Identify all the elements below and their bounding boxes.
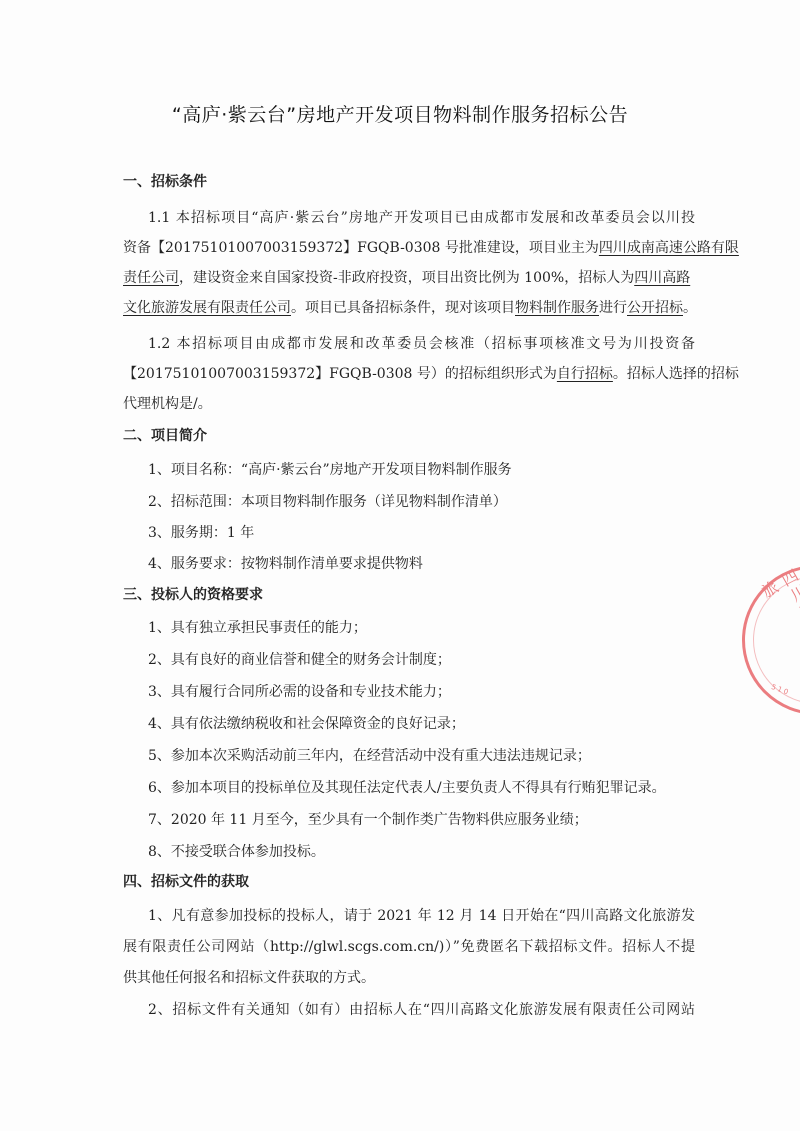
qualification-item-2: 2、具有良好的商业信誉和健全的财务会计制度； xyxy=(148,650,451,670)
underlined-organization-form: 自行招标 xyxy=(557,366,613,382)
text-segment: 。招标人选择的招标 xyxy=(613,366,739,382)
qualification-item-7: 7、2020 年 11 月至今，至少具有一个制作类广告物料供应服务业绩； xyxy=(148,810,588,830)
qualification-item-8: 8、不接受联合体参加投标。 xyxy=(148,842,325,862)
qualification-item-1: 1、具有独立承担民事责任的能力； xyxy=(148,618,367,638)
section-heading-1: 一、招标条件 xyxy=(123,172,207,192)
acquisition-paragraph-1-line-2: 展有限责任公司网站（http://glwl.scgs.com.cn/)）”免费匿… xyxy=(123,937,695,957)
document-title: “高庐·紫云台”房地产开发项目物料制作服务招标公告 xyxy=(0,100,800,127)
paragraph-1-1-line-3: 责任公司，建设资金来自国家投资-非政府投资，项目出资比例为 100%，招标人为四… xyxy=(123,268,695,288)
qualification-item-6: 6、参加本项目的投标单位及其现任法定代表人/主要负责人不得具有行贿犯罪记录。 xyxy=(148,778,666,798)
underlined-service-name: 物料制作服务 xyxy=(515,300,599,316)
project-item-4: 4、服务要求：按物料制作清单要求提供物料 xyxy=(148,554,423,574)
underlined-owner-name: 四川成南高速公路有限 xyxy=(599,240,739,256)
project-item-1: 1、项目名称：“高庐·紫云台”房地产开发项目物料制作服务 xyxy=(148,460,512,480)
document-page: “高庐·紫云台”房地产开发项目物料制作服务招标公告 一、招标条件 1.1 本招标… xyxy=(0,0,800,1131)
underlined-owner-name-cont: 责任公司 xyxy=(123,270,179,286)
underlined-tenderer-name-cont: 文化旅游发展有限责任公司 xyxy=(123,300,291,316)
qualification-item-4: 4、具有依法缴纳税收和社会保障资金的良好记录； xyxy=(148,714,465,734)
text-segment: 。项目已具备招标条件，现对该项目 xyxy=(291,300,515,316)
paragraph-1-2-line-3: 代理机构是/。 xyxy=(123,394,212,414)
section-heading-4: 四、招标文件的获取 xyxy=(123,872,249,892)
qualification-item-3: 3、具有履行合同所必需的设备和专业技术能力； xyxy=(148,682,451,702)
paragraph-1-2-line-1: 1.2 本招标项目由成都市发展和改革委员会核准（招标事项核准文号为川投资备 xyxy=(148,334,695,354)
acquisition-paragraph-1-line-3: 供其他任何报名和招标文件获取的方式。 xyxy=(123,968,375,988)
section-heading-3: 三、投标人的资格要求 xyxy=(123,585,263,605)
paragraph-1-2-line-2: 【20175101007003159372】FGQB-0308 号）的招标组织形… xyxy=(123,364,695,384)
paragraph-1-1-line-1: 1.1 本招标项目“高庐·紫云台”房地产开发项目已由成都市发展和改革委员会以川投 xyxy=(148,208,695,228)
project-item-3: 3、服务期：1 年 xyxy=(148,523,254,543)
text-segment: 资备【20175101007003159372】FGQB-0308 号批准建设，… xyxy=(123,240,599,256)
acquisition-paragraph-1-line-1: 1、凡有意参加投标的投标人，请于 2021 年 12 月 14 日开始在“四川高… xyxy=(148,906,695,926)
text-segment: 【20175101007003159372】FGQB-0308 号）的招标组织形… xyxy=(123,366,557,382)
underlined-tenderer-name: 四川高路 xyxy=(634,270,690,286)
section-heading-2: 二、项目简介 xyxy=(123,426,207,446)
text-segment: ，建设资金来自国家投资-非政府投资，项目出资比例为 100%，招标人为 xyxy=(179,270,634,286)
company-seal: 四川高路文化旅 510 xyxy=(742,565,800,715)
acquisition-paragraph-2-line-1: 2、招标文件有关通知（如有）由招标人在“四川高路文化旅游发展有限责任公司网站 xyxy=(148,1000,695,1020)
underlined-tender-method: 公开招标 xyxy=(627,300,683,316)
text-segment: 。 xyxy=(683,300,697,316)
text-segment: 进行 xyxy=(599,300,627,316)
project-item-2: 2、招标范围：本项目物料制作服务（详见物料制作清单） xyxy=(148,492,507,512)
paragraph-1-1-line-4: 文化旅游发展有限责任公司。项目已具备招标条件，现对该项目物料制作服务进行公开招标… xyxy=(123,298,695,318)
qualification-item-5: 5、参加本次采购活动前三年内，在经营活动中没有重大违法违规记录； xyxy=(148,746,591,766)
paragraph-1-1-line-2: 资备【20175101007003159372】FGQB-0308 号批准建设，… xyxy=(123,238,695,258)
